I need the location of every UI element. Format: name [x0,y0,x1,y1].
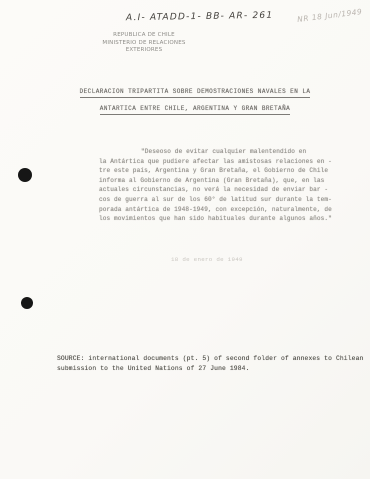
document-page: A.I- ATADD-1- BB- AR- 261 NR 18 Jun/1949… [0,0,370,479]
body-line: informa al Gobierno de Argentina (Gran B… [99,176,325,186]
letterhead: REPUBLICA DE CHILE MINISTERIO DE RELACIO… [84,32,204,55]
source-line-1: SOURCE: international documents (pt. 5) … [57,354,357,364]
hole-punch-bottom [21,297,33,309]
source-note: SOURCE: international documents (pt. 5) … [57,354,357,373]
body-line: "Deseoso de evitar cualquier malentendid… [99,147,325,157]
quoted-declaration: "Deseoso de evitar cualquier malentendid… [99,147,325,224]
date-line: 18 de enero de 1949 [171,256,243,263]
body-line: la Antártica que pudiere afectar las ami… [99,157,325,167]
body-line: porada antártica de 1948-1949, con excep… [99,205,325,215]
source-line-2: submission to the United Nations of 27 J… [57,364,357,374]
title-line-1: DECLARACION TRIPARTITA SOBRE DEMOSTRACIO… [80,88,311,98]
title-line-2: ANTARTICA ENTRE CHILE, ARGENTINA Y GRAN … [100,105,290,115]
letterhead-country: REPUBLICA DE CHILE [84,32,204,40]
hole-punch-top [18,168,32,182]
body-line: tre este país, Argentina y Gran Bretaña,… [99,166,325,176]
body-line: actuales circunstancias, no verá la nece… [99,185,325,195]
document-title: DECLARACION TRIPARTITA SOBRE DEMOSTRACIO… [76,88,314,115]
archival-code-handwriting: A.I- ATADD-1- BB- AR- 261 [126,11,273,24]
letterhead-ministry: MINISTERIO DE RELACIONES EXTERIORES [84,40,204,55]
body-line: los movimientos que han sido habituales … [99,214,325,224]
body-line: cos de guerra al sur de los 60° de latit… [99,195,325,205]
pencil-date-note: NR 18 Jun/1949 [297,7,363,24]
